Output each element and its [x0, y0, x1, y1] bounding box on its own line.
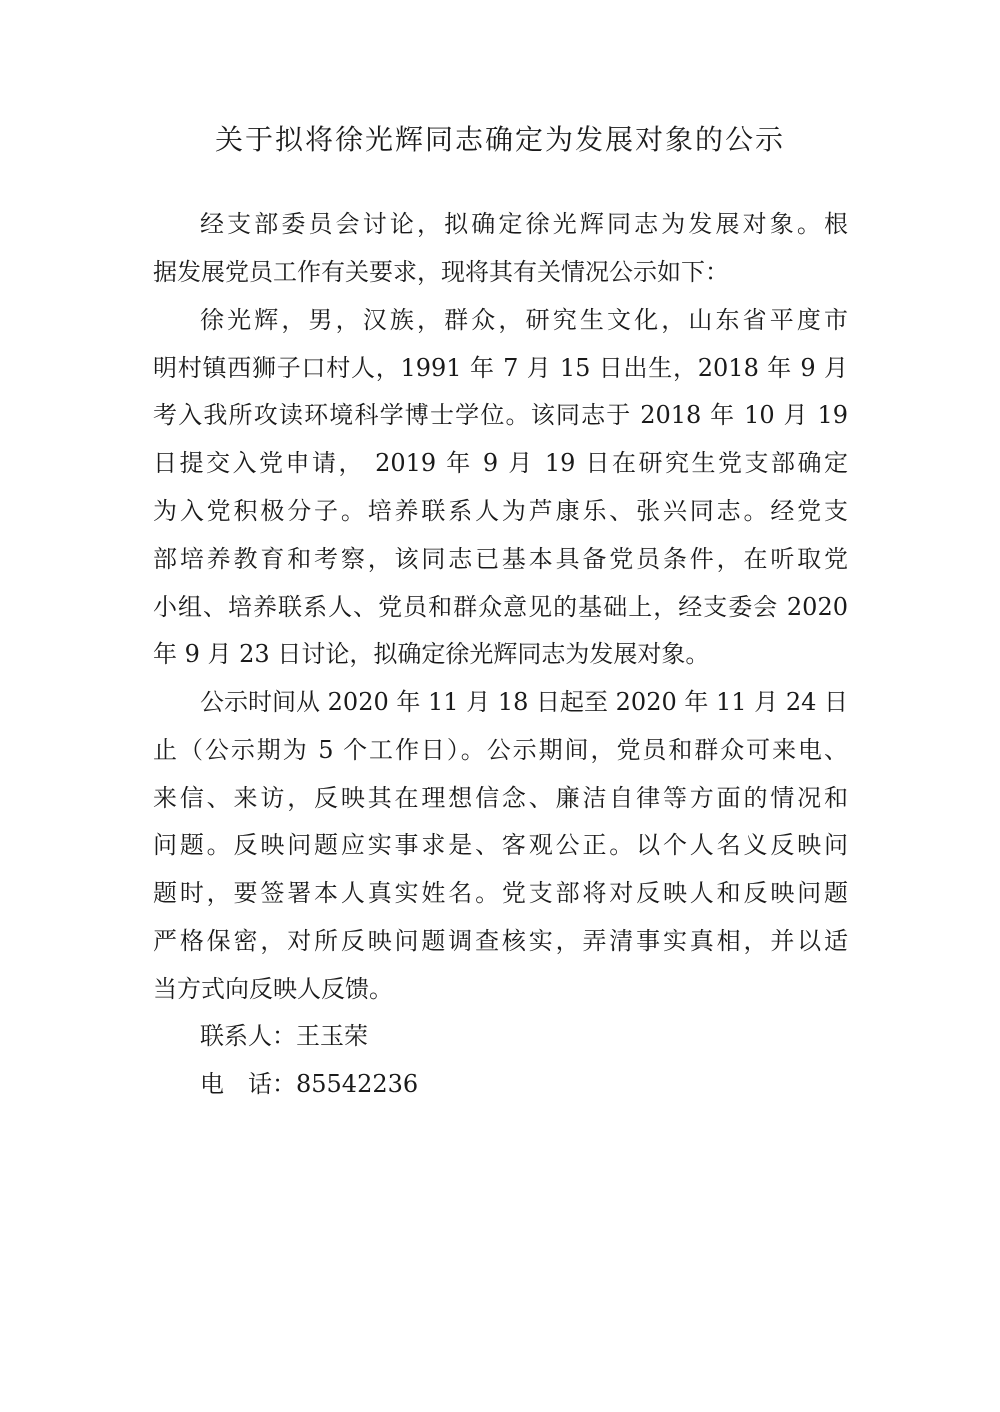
paragraph-3-line-7: 当方式向反映人反馈。	[153, 973, 848, 1005]
paragraph-1-line-2: 据发展党员工作有关要求，现将其有关情况公示如下：	[153, 256, 848, 288]
contact-phone: 电 话：85542236	[200, 1068, 418, 1100]
paragraph-2-line-2: 明村镇西狮子口村人，1991 年 7 月 15 日出生，2018 年 9 月	[153, 352, 848, 384]
contact-person-label: 联系人：	[200, 1022, 296, 1050]
contact-phone-value: 85542236	[296, 1070, 418, 1098]
paragraph-2-line-1: 徐光辉，男，汉族，群众，研究生文化，山东省平度市	[200, 304, 848, 336]
paragraph-3-line-4: 问题。反映问题应实事求是、客观公正。以个人名义反映问	[153, 829, 848, 861]
paragraph-3-line-6: 严格保密，对所反映问题调查核实，弄清事实真相，并以适	[153, 925, 848, 957]
paragraph-3-line-2: 止（公示期为 5 个工作日）。公示期间，党员和群众可来电、	[153, 734, 848, 766]
paragraph-2-line-6: 部培养教育和考察，该同志已基本具备党员条件，在听取党	[153, 543, 848, 575]
paragraph-2-line-8: 年 9 月 23 日讨论，拟确定徐光辉同志为发展对象。	[153, 638, 848, 670]
paragraph-3-line-1: 公示时间从 2020 年 11 月 18 日起至 2020 年 11 月 24 …	[200, 686, 848, 718]
paragraph-2-line-3: 考入我所攻读环境科学博士学位。该同志于 2018 年 10 月 19	[153, 399, 848, 431]
paragraph-1-line-1: 经支部委员会讨论，拟确定徐光辉同志为发展对象。根	[200, 208, 848, 240]
document-title: 关于拟将徐光辉同志确定为发展对象的公示	[0, 118, 1000, 158]
contact-person: 联系人：王玉荣	[200, 1020, 368, 1052]
paragraph-2-line-7: 小组、培养联系人、党员和群众意见的基础上，经支委会 2020	[153, 591, 848, 623]
paragraph-3-line-5: 题时，要签署本人真实姓名。党支部将对反映人和反映问题	[153, 877, 848, 909]
paragraph-3-line-3: 来信、来访，反映其在理想信念、廉洁自律等方面的情况和	[153, 782, 848, 814]
contact-person-value: 王玉荣	[296, 1022, 368, 1050]
paragraph-2-line-4: 日提交入党申请， 2019 年 9 月 19 日在研究生党支部确定	[153, 447, 848, 479]
paragraph-2-line-5: 为入党积极分子。培养联系人为芦康乐、张兴同志。经党支	[153, 495, 848, 527]
contact-phone-label: 电 话：	[200, 1070, 296, 1098]
